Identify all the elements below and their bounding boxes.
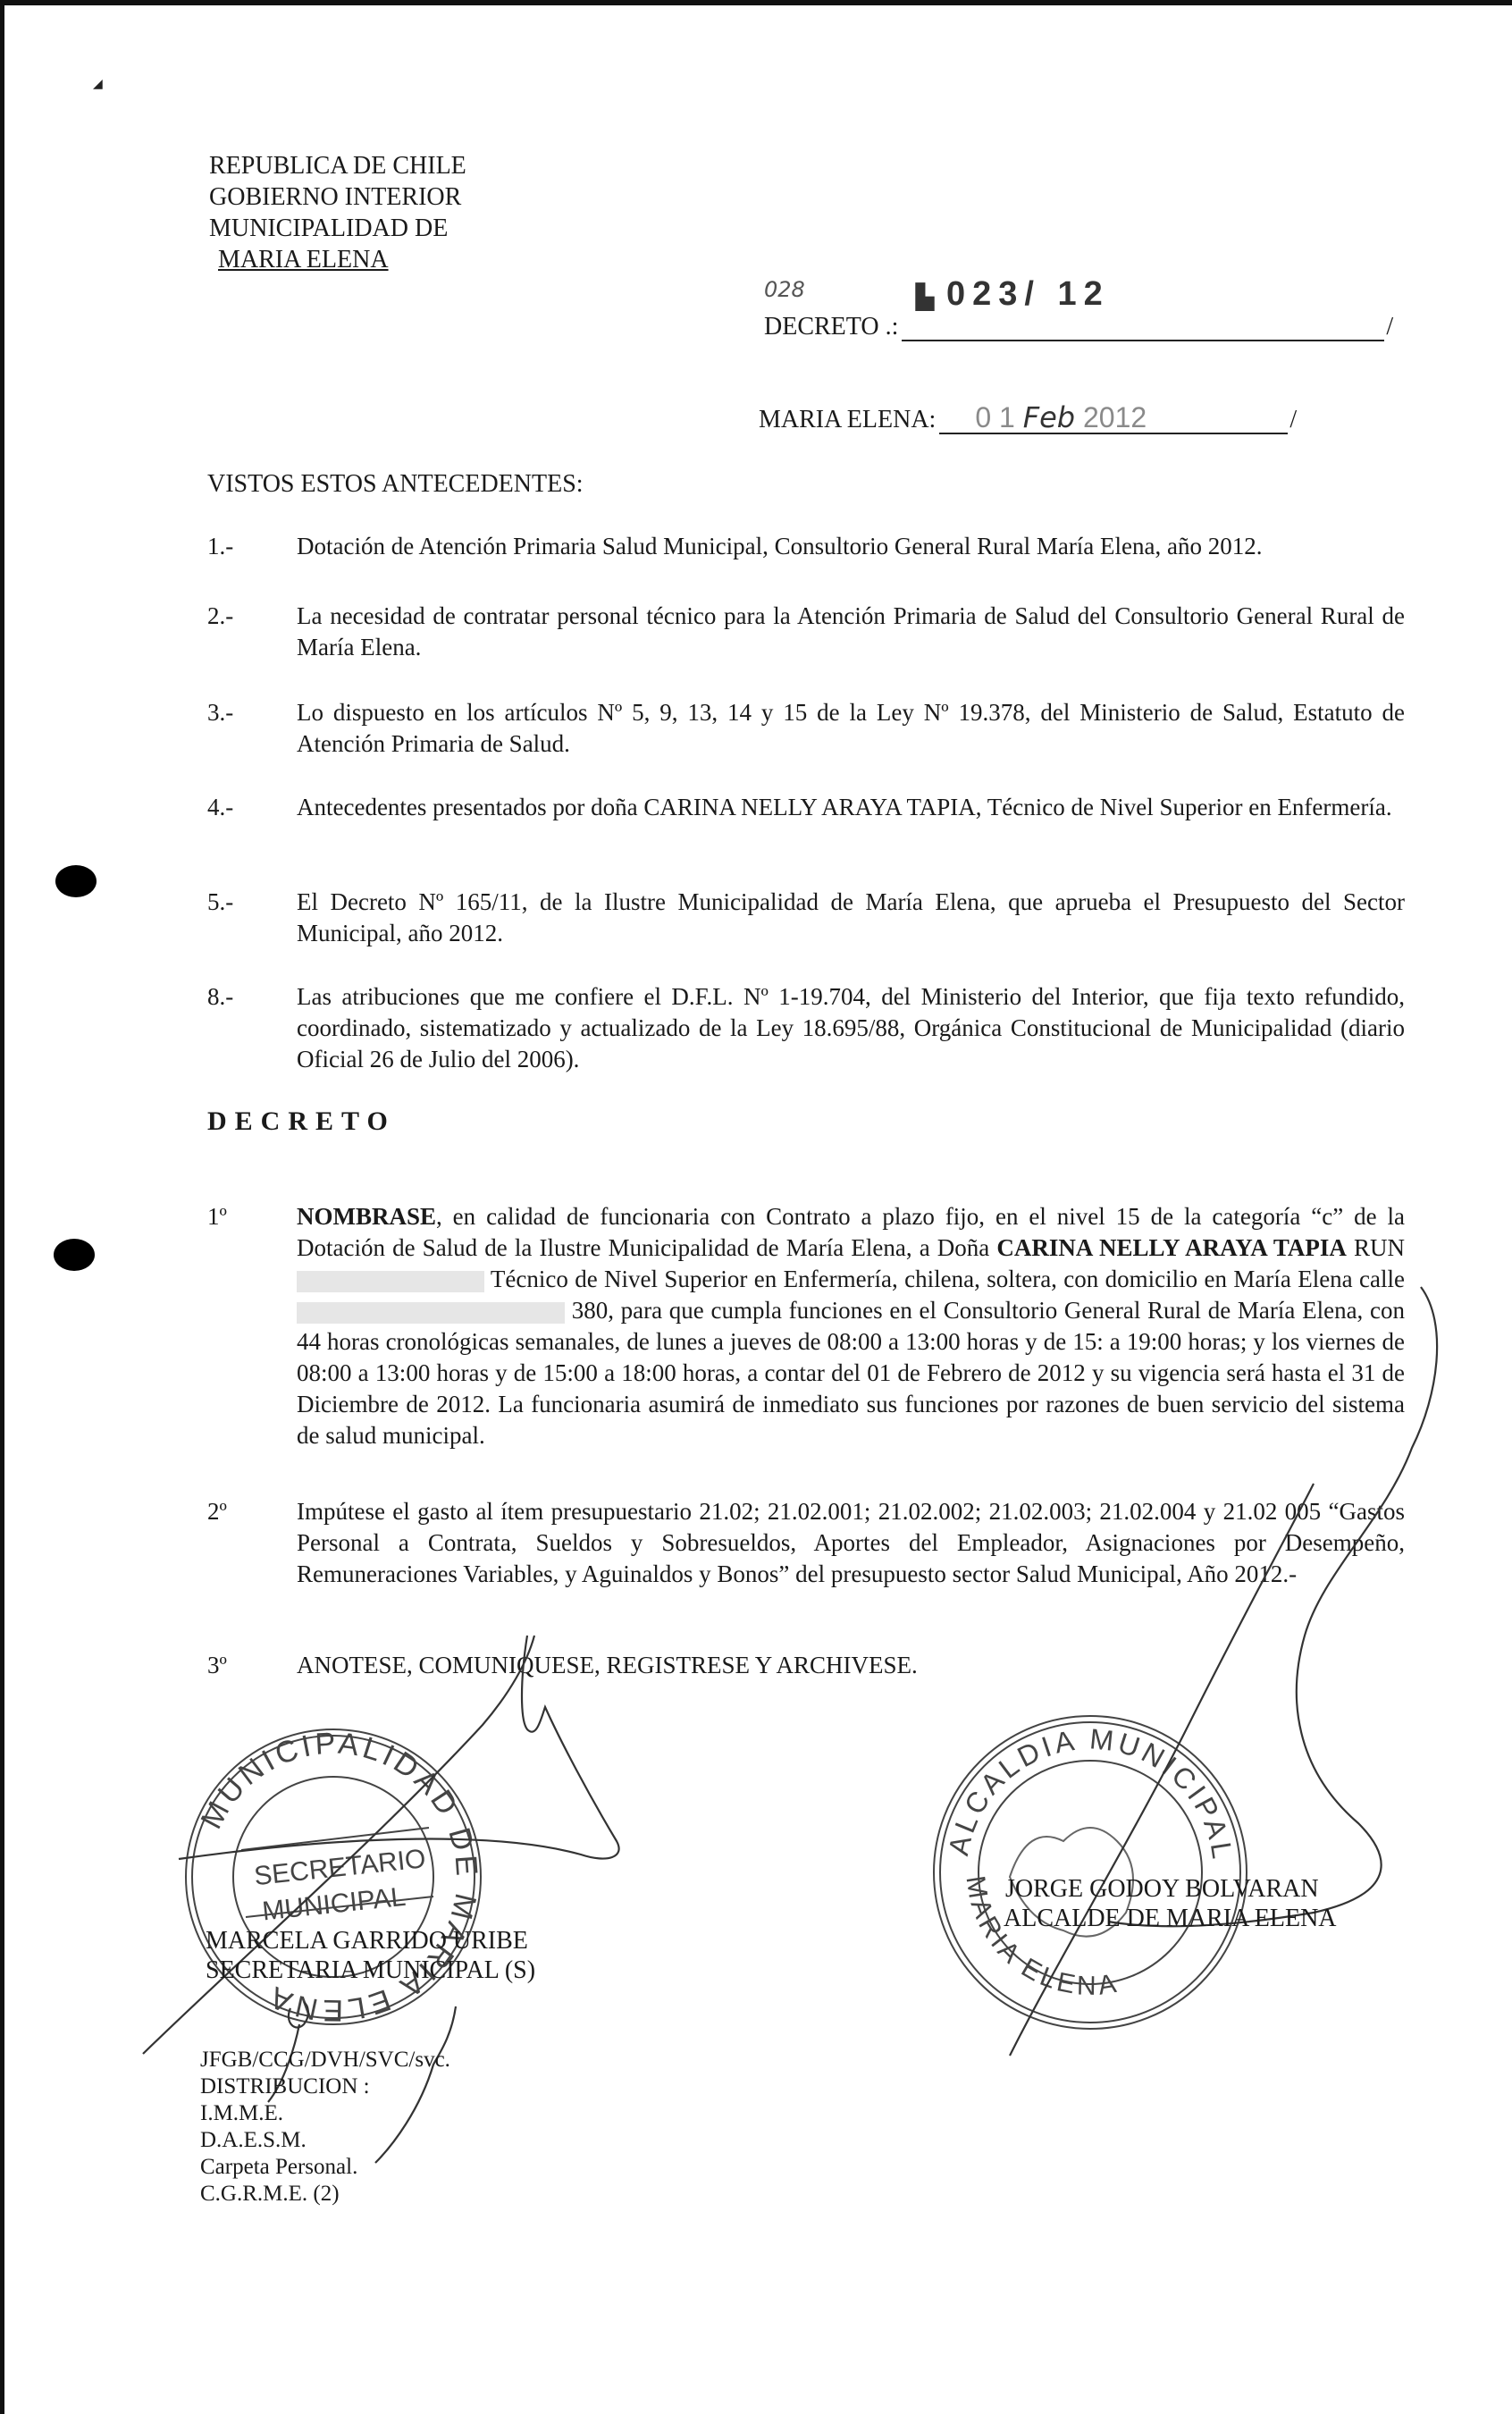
scanned-document-page: ◢ REPUBLICA DE CHILE GOBIERNO INTERIOR M…	[0, 0, 1512, 2414]
letterhead: REPUBLICA DE CHILE GOBIERNO INTERIOR MUN…	[209, 150, 466, 275]
punch-hole	[54, 1239, 95, 1271]
item-text: Impútese el gasto al ítem presupuestario…	[297, 1496, 1405, 1590]
visto-item: 2.- La necesidad de contratar personal t…	[207, 601, 1405, 663]
redacted-run	[297, 1271, 484, 1292]
item-text: El Decreto Nº 165/11, de la Ilustre Muni…	[297, 887, 1405, 949]
text-segment: Técnico de Nivel Superior en Enfermería,…	[484, 1266, 1405, 1292]
scan-edge-top	[0, 0, 1512, 5]
text-segment: RUN	[1347, 1234, 1405, 1261]
date-day: 0 1	[975, 401, 1014, 433]
mayor-name: JORGE GODOY BOLVARAN	[1004, 1874, 1337, 1904]
date-month-handwritten: Feb	[1023, 400, 1075, 434]
decree-number: 023/ 12	[946, 275, 1110, 313]
secretary-signature-block: MARCELA GARRIDO URIBE SECRETARIA MUNICIP…	[206, 1926, 535, 1985]
item-number: 2º	[207, 1496, 297, 1590]
lead-word: NOMBRASE	[297, 1203, 436, 1230]
item-text: Las atribuciones que me confiere el D.F.…	[297, 981, 1405, 1075]
scan-edge-left	[0, 0, 4, 2414]
date-field-line: 0 1 Feb 2012	[939, 406, 1288, 434]
item-number: 8.-	[207, 981, 297, 1075]
decreto-item: 2º Impútese el gasto al ítem presupuesta…	[207, 1496, 1405, 1590]
initials: JFGB/CCG/DVH/SVC/svc.	[200, 2047, 450, 2073]
redacted-address	[297, 1302, 565, 1324]
item-text: ANOTESE, COMUNIQUESE, REGISTRESE Y ARCHI…	[297, 1650, 1405, 1681]
distribution-block: JFGB/CCG/DVH/SVC/svc. DISTRIBUCION : I.M…	[200, 2047, 450, 2208]
item-text: La necesidad de contratar personal técni…	[297, 601, 1405, 663]
decree-label: DECRETO .:	[764, 313, 898, 341]
visto-item: 1.- Dotación de Atención Primaria Salud …	[207, 531, 1405, 562]
decreto-item: 1º NOMBRASE, en calidad de funcionaria c…	[207, 1201, 1405, 1451]
item-number: 3º	[207, 1650, 297, 1681]
secretary-name: MARCELA GARRIDO URIBE	[206, 1926, 535, 1956]
item-text: NOMBRASE, en calidad de funcionaria con …	[297, 1201, 1405, 1451]
visto-item: 3.- Lo dispuesto en los artículos Nº 5, …	[207, 697, 1405, 760]
letterhead-line: GOBIERNO INTERIOR	[209, 181, 466, 213]
decreto-title: DECRETO	[207, 1106, 396, 1137]
letterhead-line: REPUBLICA DE CHILE	[209, 150, 466, 181]
distribution-recipient: Carpeta Personal.	[200, 2154, 450, 2181]
letterhead-line: MARIA ELENA	[209, 244, 466, 275]
handwritten-number: 028	[764, 277, 805, 302]
decree-field-line	[902, 313, 1384, 341]
punch-hole	[55, 865, 97, 897]
decree-field: DECRETO .: /	[764, 313, 1393, 341]
visto-item: 8.- Las atribuciones que me confiere el …	[207, 981, 1405, 1075]
letterhead-line: MUNICIPALIDAD DE	[209, 213, 466, 244]
item-number: 5.-	[207, 887, 297, 949]
item-text: Lo dispuesto en los artículos Nº 5, 9, 1…	[297, 697, 1405, 760]
place-label: MARIA ELENA:	[759, 406, 936, 434]
date-year: 2012	[1083, 401, 1147, 433]
item-text: Dotación de Atención Primaria Salud Muni…	[297, 531, 1405, 562]
decreto-item: 3º ANOTESE, COMUNIQUESE, REGISTRESE Y AR…	[207, 1650, 1405, 1681]
distribution-recipient: I.M.M.E.	[200, 2100, 450, 2127]
item-text: Antecedentes presentados por doña CARINA…	[297, 792, 1405, 823]
secretary-seal-center-1: SECRETARIO	[253, 1844, 427, 1891]
stamp-mark-icon: ▙	[916, 283, 941, 310]
vistos-title: VISTOS ESTOS ANTECEDENTES:	[207, 470, 584, 499]
mayor-seal-ring-top: ALCALDIA MUNICIPAL	[942, 1722, 1239, 1863]
mayor-title: ALCALDE DE MARIA ELENA	[1004, 1904, 1337, 1933]
visto-item: 4.- Antecedentes presentados por doña CA…	[207, 792, 1405, 823]
mayor-signature-block: JORGE GODOY BOLVARAN ALCALDE DE MARIA EL…	[1004, 1874, 1337, 1933]
svg-text:ALCALDIA MUNICIPAL: ALCALDIA MUNICIPAL	[942, 1722, 1239, 1863]
item-number: 1º	[207, 1201, 297, 1451]
distribution-label: DISTRIBUCION :	[200, 2073, 450, 2100]
scan-speck: ◢	[93, 77, 103, 92]
decree-number-stamp: ▙023/ 12	[916, 275, 1110, 314]
item-number: 4.-	[207, 792, 297, 823]
date-stamp: 0 1 Feb 2012	[975, 400, 1147, 434]
date-field: MARIA ELENA: 0 1 Feb 2012 /	[759, 406, 1297, 434]
mayor-seal	[934, 1716, 1247, 2029]
item-number: 2.-	[207, 601, 297, 663]
item-number: 1.-	[207, 531, 297, 562]
field-slash: /	[1386, 313, 1393, 341]
item-number: 3.-	[207, 697, 297, 760]
distribution-recipient: C.G.R.M.E. (2)	[200, 2181, 450, 2208]
visto-item: 5.- El Decreto Nº 165/11, de la Ilustre …	[207, 887, 1405, 949]
field-slash: /	[1289, 406, 1297, 434]
distribution-recipient: D.A.E.S.M.	[200, 2127, 450, 2154]
secretary-seal-center-2: MUNICIPAL	[261, 1882, 407, 1927]
secretary-title: SECRETARIA MUNICIPAL (S)	[206, 1956, 535, 1985]
appointee-name: CARINA NELLY ARAYA TAPIA	[996, 1234, 1346, 1261]
